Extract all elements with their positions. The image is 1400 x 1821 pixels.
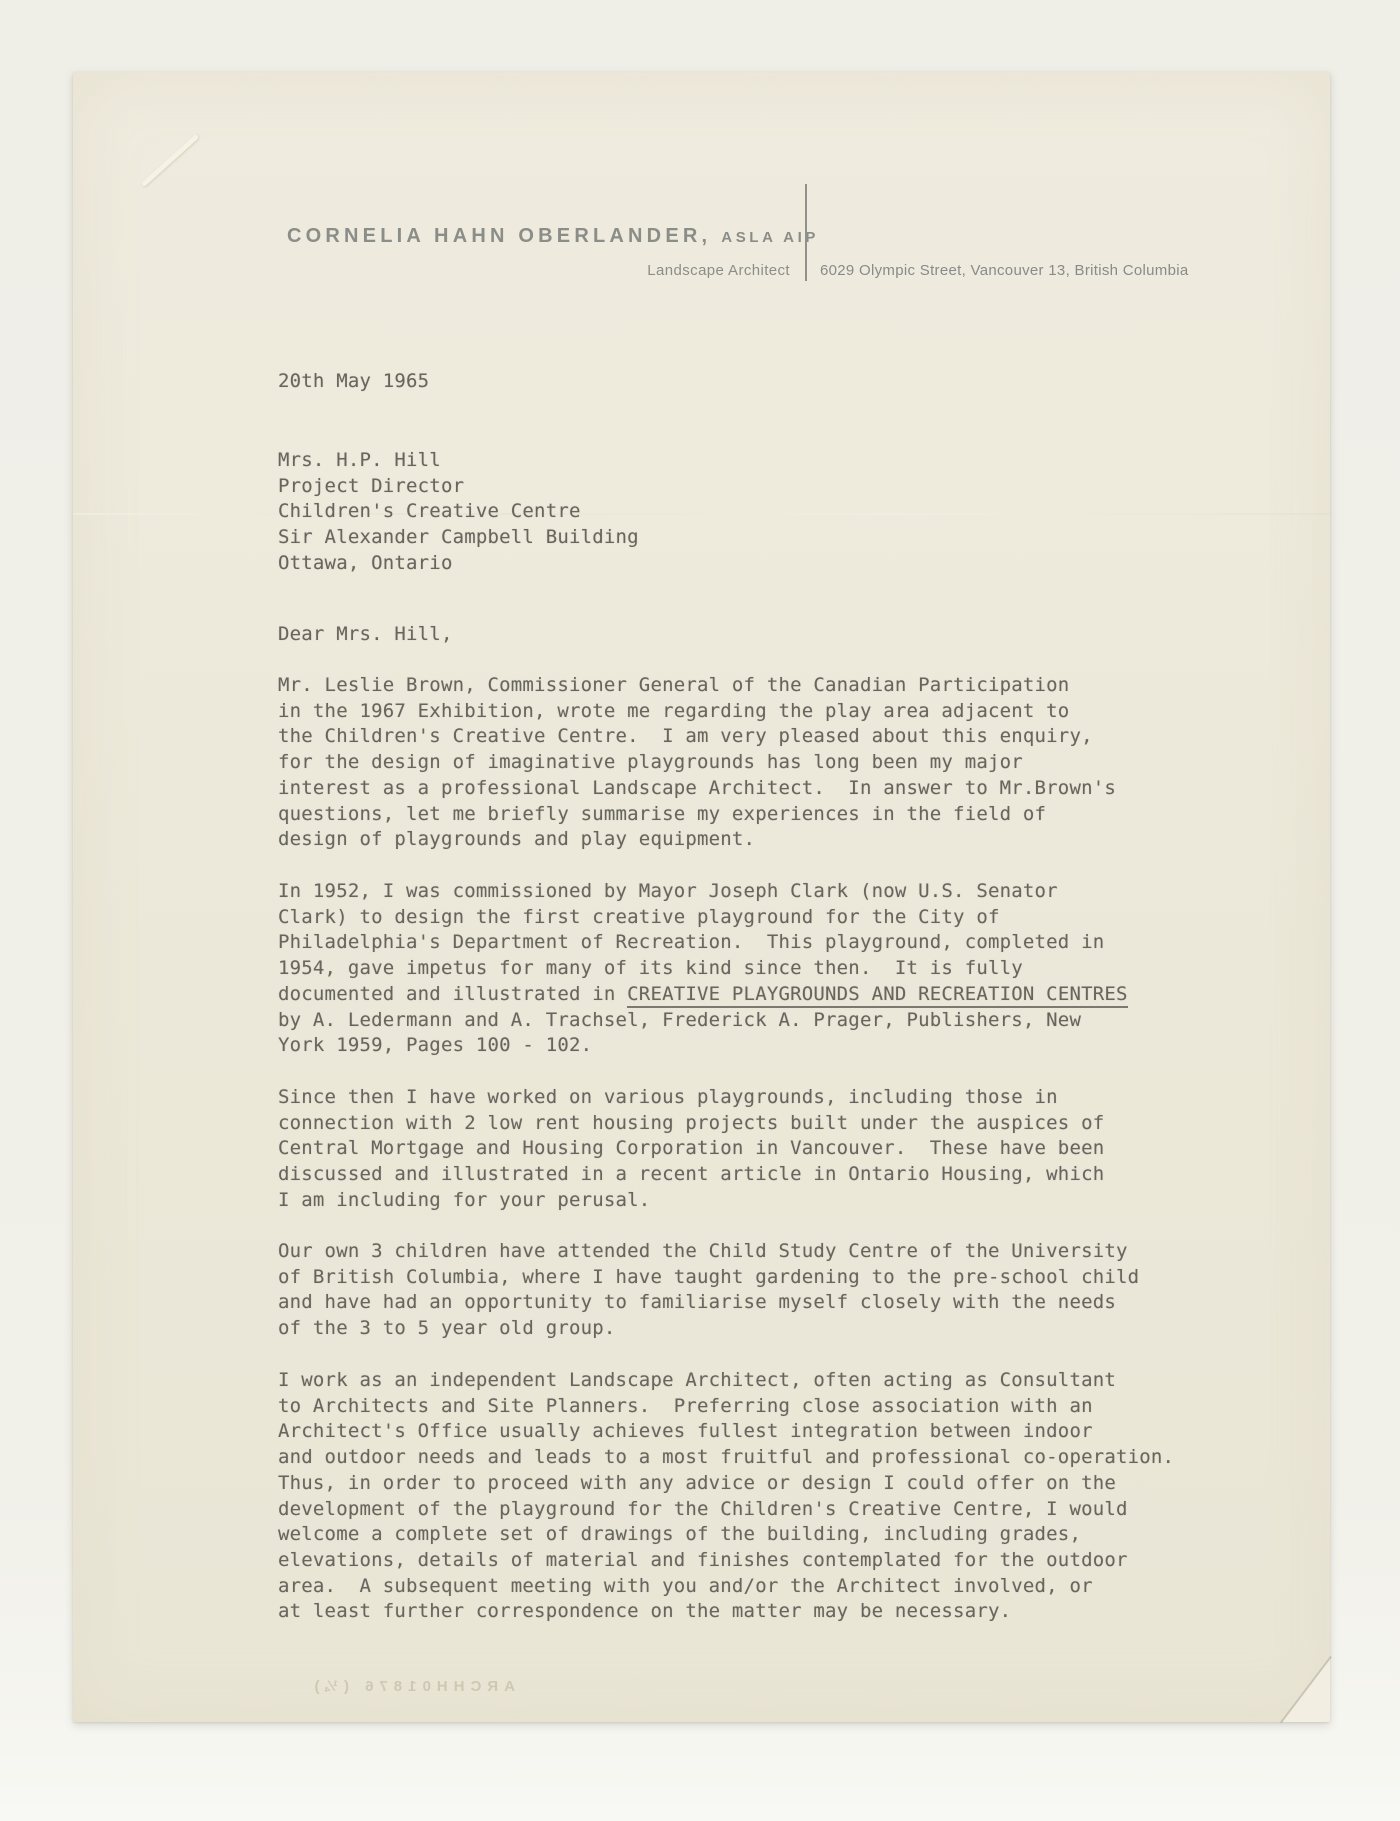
letter-paper: CORNELIA HAHN OBERLANDER,ASLA AIP Landsc… — [73, 72, 1330, 1722]
book-title-underlined: CREATIVE PLAYGROUNDS AND RECREATION CENT… — [627, 983, 1127, 1008]
staple-mark — [141, 134, 199, 187]
paragraph-3: Since then I have worked on various play… — [278, 1085, 1198, 1214]
letterhead-name: CORNELIA HAHN OBERLANDER, — [287, 225, 711, 247]
paragraph-2-text-after: by A. Ledermann and A. Trachsel, Frederi… — [278, 1009, 1081, 1057]
paragraph-5: I work as an independent Landscape Archi… — [278, 1368, 1198, 1625]
paragraph-1: Mr. Leslie Brown, Commissioner General o… — [278, 673, 1198, 853]
show-through-stamp: ARCHH01876 (¼) — [195, 1678, 515, 1695]
salutation: Dear Mrs. Hill, — [278, 622, 1198, 648]
letterhead-name-row: CORNELIA HAHN OBERLANDER,ASLA AIP — [287, 225, 819, 248]
paragraph-2: In 1952, I was commissioned by Mayor Jos… — [278, 879, 1198, 1059]
letterhead-subtitle: Landscape Architect — [553, 262, 790, 279]
date-line: 20th May 1965 — [278, 369, 1198, 395]
paragraph-4: Our own 3 children have attended the Chi… — [278, 1239, 1198, 1342]
recipient-address-block: Mrs. H.P. Hill Project Director Children… — [278, 448, 1198, 577]
letterhead-address: 6029 Olympic Street, Vancouver 13, Briti… — [820, 262, 1189, 279]
letterhead-divider — [805, 184, 807, 281]
